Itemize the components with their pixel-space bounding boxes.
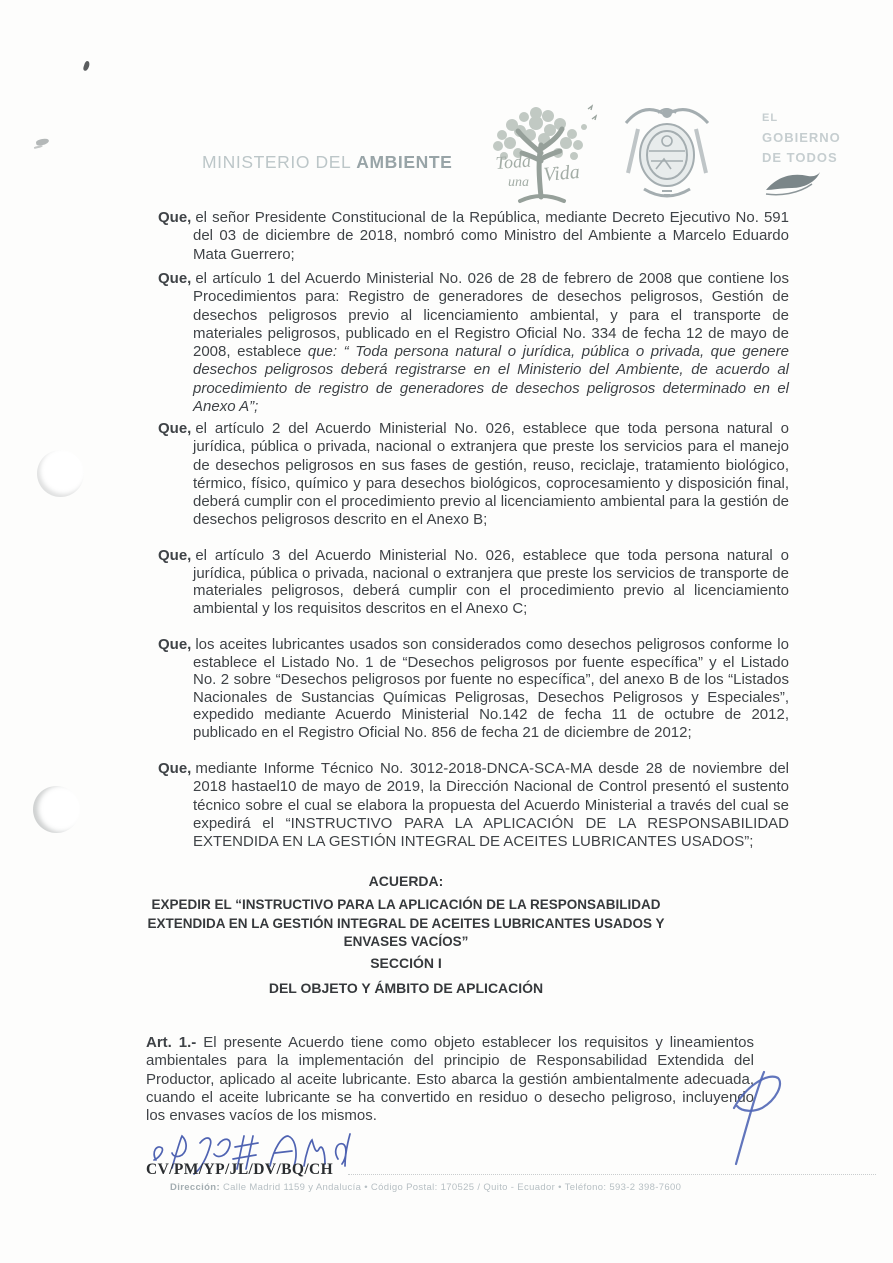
ministry-wordmark-bold: AMBIENTE xyxy=(356,152,452,172)
recital-paragraph-4: Que,el artículo 3 del Acuerdo Ministeria… xyxy=(158,547,789,617)
ecuador-coat-of-arms-icon xyxy=(618,99,716,209)
que-label: Que, xyxy=(158,636,191,653)
recital-text: mediante Informe Técnico No. 3012-2018-D… xyxy=(193,760,789,850)
gov-line-de-todos: DE TODOS xyxy=(762,148,887,169)
reviewer-initials: CV/PM/YP/JL/DV/BQ/CH xyxy=(146,1161,333,1179)
handwritten-margin-mark-icon xyxy=(726,1066,792,1172)
article-1-text: El presente Acuerdo tiene como objeto es… xyxy=(146,1034,754,1124)
decree-title: EXPEDIR EL “INSTRUCTIVO PARA LA APLICACI… xyxy=(128,896,684,952)
tree-caption-toda: Toda xyxy=(495,151,532,173)
recital-paragraph-6: Que,mediante Informe Técnico No. 3012-20… xyxy=(158,760,789,851)
section-title: DEL OBJETO Y ÁMBITO DE APLICACIÓN xyxy=(126,980,686,996)
section-label: SECCIÓN I xyxy=(126,955,686,971)
article-1-label: Art. 1.- xyxy=(146,1034,196,1051)
recital-text: el señor Presidente Constitucional de la… xyxy=(193,209,789,263)
gobierno-de-todos-wordmark: EL GOBIERNO DE TODOS xyxy=(762,110,887,169)
que-label: Que, xyxy=(158,760,191,777)
scan-speck xyxy=(83,60,91,71)
recital-text: el artículo 3 del Acuerdo Ministerial No… xyxy=(193,547,789,617)
recital-paragraph-1: Que,el señor Presidente Constitucional d… xyxy=(158,209,789,264)
scan-speck xyxy=(36,138,50,147)
hole-punch-top xyxy=(37,450,84,497)
que-label: Que, xyxy=(158,270,191,287)
que-label: Que, xyxy=(158,547,191,564)
article-1-paragraph: Art. 1.- El presente Acuerdo tiene como … xyxy=(146,1034,754,1125)
tree-caption-vida: Vida xyxy=(543,161,581,186)
que-label: Que, xyxy=(158,209,191,226)
scanned-document-page: MINISTERIO DEL AMBIENTE Toda una Vida xyxy=(0,0,893,1263)
que-label: Que, xyxy=(158,420,191,437)
recital-text: el artículo 2 del Acuerdo Ministerial No… xyxy=(193,420,789,528)
ministry-wordmark-light: MINISTERIO DEL xyxy=(202,152,351,172)
footer-divider xyxy=(348,1174,876,1175)
gov-line-gobierno: GOBIERNO xyxy=(762,128,887,149)
ministry-wordmark: MINISTERIO DEL AMBIENTE xyxy=(202,152,452,173)
footer-address: Dirección: Calle Madrid 1159 y Andalucía… xyxy=(170,1182,770,1193)
gov-line-el: EL xyxy=(762,110,887,128)
hole-punch-bottom xyxy=(33,786,80,833)
recital-text: los aceites lubricantes usados son consi… xyxy=(193,636,789,741)
recital-paragraph-3: Que,el artículo 2 del Acuerdo Ministeria… xyxy=(158,420,789,530)
recital-paragraph-2: Que,el artículo 1 del Acuerdo Ministeria… xyxy=(158,270,789,416)
footer-address-text: Calle Madrid 1159 y Andalucía • Código P… xyxy=(220,1182,681,1193)
tree-caption-una: una xyxy=(508,175,529,190)
toda-una-vida-tree-icon: Toda una Vida xyxy=(484,101,598,209)
recital-paragraph-5: Que,los aceites lubricantes usados son c… xyxy=(158,636,789,742)
footer-address-label: Dirección: xyxy=(170,1182,220,1193)
gov-swoosh-icon xyxy=(764,168,822,198)
acuerda-heading: ACUERDA: xyxy=(126,873,686,889)
